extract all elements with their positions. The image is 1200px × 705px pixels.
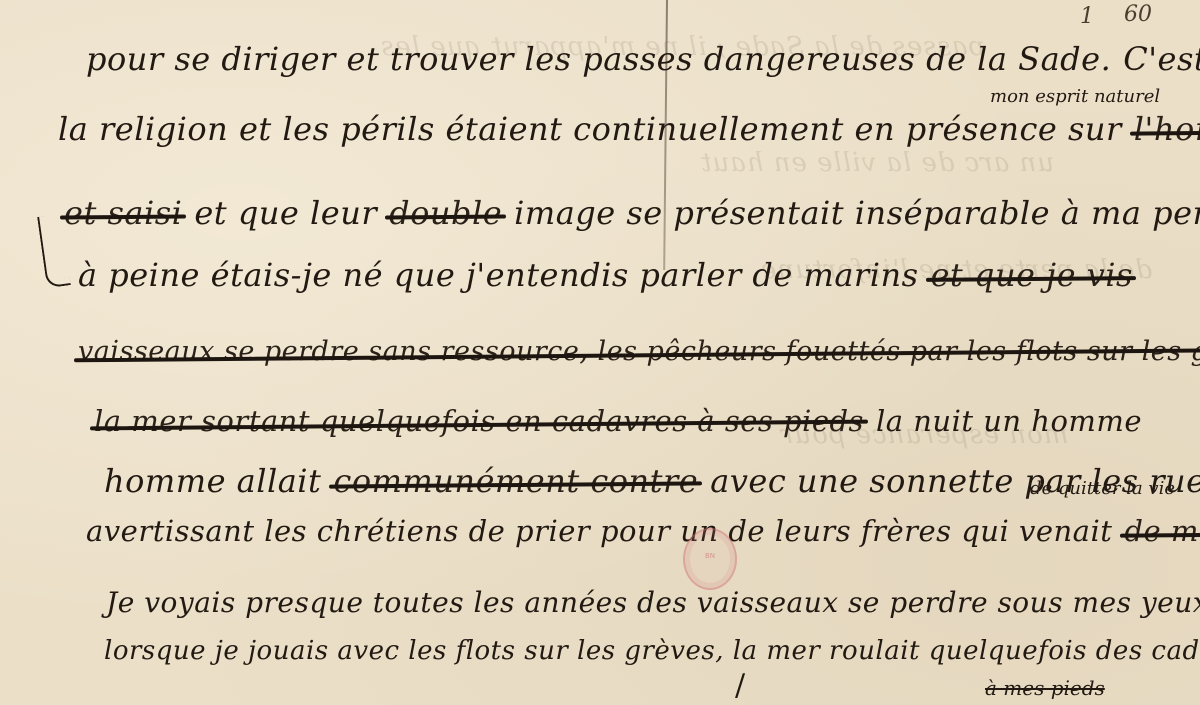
- struck-text: communément contre: [333, 462, 698, 500]
- manuscript-line-3: et saisiet que leurdoubleimage se présen…: [64, 194, 1200, 232]
- manuscript-line-4: à peine étais-je né que j'entendis parle…: [78, 256, 1145, 294]
- interlinear-insertion: à mes pieds: [985, 676, 1105, 700]
- line-text: lorsque je jouais avec les flots sur les…: [104, 636, 1200, 666]
- insertion-caret-mark: /: [735, 668, 745, 703]
- manuscript-line-9: Je voyais presque toutes les années des …: [106, 586, 1200, 619]
- manuscript-page: passes de la Sade ; il ne m'apparut que …: [0, 0, 1200, 705]
- interlinear-insertion: de quitter la vie: [1030, 478, 1175, 499]
- line-text: homme allait: [104, 462, 321, 500]
- manuscript-line-6: la mer sortant quelquefois en cadavres à…: [94, 404, 1154, 438]
- library-stamp: BN: [683, 528, 737, 590]
- manuscript-line-8: avertissant les chrétiens de prier pour …: [86, 514, 1200, 548]
- struck-text: vaisseaux se perdre sans ressource, les …: [78, 336, 1200, 367]
- line-text: pour se diriger et trouver les passes da…: [86, 40, 1111, 78]
- folio-number-left: 1: [1080, 4, 1094, 29]
- line-text: avertissant les chrétiens de prier pour …: [86, 514, 1112, 548]
- bleed-through-text: un arc de la ville en haut: [700, 148, 1054, 178]
- line-text: Je voyais presque toutes les années des …: [106, 586, 1200, 619]
- line-text: la religion et les périls étaient contin…: [58, 110, 1122, 148]
- struck-text: et que je vis: [930, 256, 1132, 294]
- struck-text: de mourir: [1124, 514, 1200, 548]
- manuscript-line-5: vaisseaux se perdre sans ressource, les …: [78, 336, 1200, 367]
- struck-text: double: [389, 194, 502, 232]
- struck-text: et saisi: [64, 194, 182, 232]
- struck-text: l'horizon: [1134, 110, 1200, 148]
- manuscript-line-2: la religion et les périls étaient contin…: [58, 110, 1200, 148]
- interlinear-insertion: mon esprit naturel: [990, 86, 1160, 107]
- line-text: à peine étais-je né que j'entendis parle…: [78, 256, 918, 294]
- line-text: C'est ainsi que: [1123, 40, 1200, 78]
- stamp-label: BN: [685, 552, 735, 560]
- manuscript-line-10: lorsque je jouais avec les flots sur les…: [104, 636, 1200, 666]
- struck-text: la mer sortant quelquefois en cadavres à…: [94, 404, 864, 438]
- folio-number-right: 60: [1124, 2, 1152, 27]
- line-text: la nuit un homme: [876, 404, 1142, 438]
- line-text: et que leur: [194, 194, 377, 232]
- manuscript-line-1: pour se diriger et trouver les passes da…: [86, 40, 1200, 78]
- line-text: image se présentait inséparable à ma pen…: [514, 194, 1200, 232]
